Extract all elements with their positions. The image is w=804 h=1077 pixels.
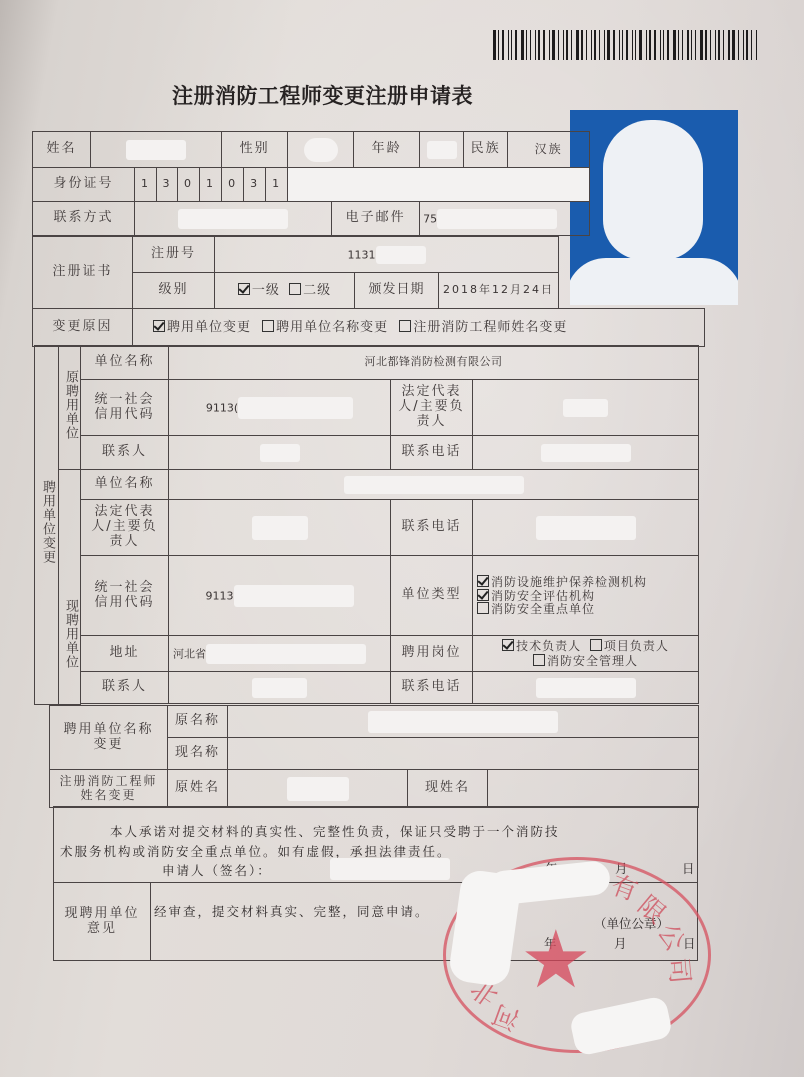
orig-contact-person-label: 联系人 [81, 436, 169, 470]
engineer-current-name-field[interactable] [488, 770, 699, 808]
declaration-day: 日 [682, 859, 697, 877]
level-1-checkbox[interactable]: 一级 [238, 283, 280, 298]
change-reason-label: 变更原因 [33, 309, 133, 347]
photo-spacer [559, 237, 705, 273]
gender-field[interactable] [288, 132, 354, 168]
employer-opinion-text: 经审查，提交材料真实、完整，同意申请。 [154, 902, 430, 920]
barcode [493, 30, 804, 60]
id-digits-redacted[interactable] [288, 168, 590, 202]
orig-contact-person-field[interactable] [169, 436, 391, 470]
id-digit[interactable]: 0 [178, 168, 200, 202]
cur-phone-field[interactable] [473, 500, 699, 556]
cur-address-field[interactable]: 河北省 [169, 636, 391, 672]
id-digit[interactable]: 0 [222, 168, 244, 202]
id-digit[interactable]: 1 [266, 168, 288, 202]
cur-credit-code-field[interactable]: 9113 [169, 556, 391, 636]
employer-opinion-label: 现聘用单位意见 [54, 883, 151, 961]
orig-phone-label: 联系电话 [391, 436, 473, 470]
orig-phone-field[interactable] [473, 436, 699, 470]
cur-contact-person-label: 联系人 [81, 672, 169, 704]
id-digit[interactable]: 1 [200, 168, 222, 202]
cur-legal-rep-label: 法定代表人/主要负责人 [81, 500, 169, 556]
change-reason-options: 聘用单位变更 聘用单位名称变更 注册消防工程师姓名变更 [133, 309, 705, 347]
name-label: 姓名 [33, 132, 91, 168]
level-options: 一级 二级 [215, 273, 355, 309]
cur-address-label: 地址 [81, 636, 169, 672]
certificate-table: 注册证书 注册号 1131 级别 一级 二级 颁发日期 2018年12月24日 … [32, 236, 705, 347]
seal-redaction [569, 995, 674, 1056]
signature-label: 申请人（签名）： [162, 861, 272, 879]
reg-number-field[interactable]: 1131 [215, 237, 559, 273]
seal-char: 河 [486, 997, 523, 1041]
orig-unit-name-label: 单位名称 [81, 346, 169, 380]
orig-credit-code-field[interactable]: 9113( [169, 380, 391, 436]
contact-field[interactable] [135, 202, 332, 236]
cur-position-label: 聘用岗位 [391, 636, 473, 672]
id-digit[interactable]: 3 [244, 168, 266, 202]
issue-date-label: 颁发日期 [355, 273, 439, 309]
gender-label: 性别 [222, 132, 288, 168]
employer-change-group-label: 聘用单位变更 [35, 346, 59, 705]
photo-spacer [559, 273, 705, 309]
cur-legal-rep-field[interactable] [169, 500, 391, 556]
unit-original-name-label: 原名称 [168, 706, 228, 738]
ethnicity-label: 民族 [464, 132, 508, 168]
unit-type-key-unit-checkbox[interactable]: 消防安全重点单位 [477, 602, 698, 616]
cur-phone-label: 联系电话 [391, 500, 473, 556]
form-title: 注册消防工程师变更注册申请表 [172, 80, 473, 110]
level-2-checkbox[interactable]: 二级 [289, 283, 331, 298]
unit-original-name-field[interactable] [228, 706, 699, 738]
id-digit[interactable]: 3 [157, 168, 178, 202]
unit-name-change-label: 聘用单位名称变更 [50, 706, 168, 770]
id-digit[interactable]: 1 [135, 168, 157, 202]
cur-unit-name-field[interactable] [169, 470, 699, 500]
level-label: 级别 [133, 273, 215, 309]
position-safety-manager-checkbox[interactable]: 消防安全管理人 [533, 654, 638, 668]
cur-phone2-field[interactable] [473, 672, 699, 704]
unit-current-name-label: 现名称 [168, 738, 228, 770]
current-employer-group-label: 现聘用单位 [59, 470, 81, 705]
orig-legal-rep-field[interactable] [473, 380, 699, 436]
name-change-table: 聘用单位名称变更 原名称 现名称 注册消防工程师姓名变更 原姓名 现姓名 [49, 705, 699, 808]
unit-type-assessment-checkbox[interactable]: 消防安全评估机构 [477, 589, 698, 603]
cur-position-options: 技术负责人 项目负责人 消防安全管理人 [473, 636, 699, 672]
ethnicity-value[interactable]: 汉族 [508, 132, 590, 168]
personal-info-table: 姓名 性别 年龄 民族 汉族 身份证号 1 3 0 1 0 3 1 联系方式 电… [32, 131, 590, 236]
age-label: 年龄 [354, 132, 420, 168]
email-label: 电子邮件 [332, 202, 420, 236]
cur-unit-type-label: 单位类型 [391, 556, 473, 636]
orig-legal-rep-label: 法定代表人/主要负责人 [391, 380, 473, 436]
reason-employer-change-checkbox[interactable]: 聘用单位变更 [153, 320, 251, 335]
id-number-label: 身份证号 [33, 168, 135, 202]
engineer-name-change-label: 注册消防工程师姓名变更 [50, 770, 168, 808]
reason-employer-name-change-checkbox[interactable]: 聘用单位名称变更 [262, 320, 388, 335]
reason-engineer-name-change-checkbox[interactable]: 注册消防工程师姓名变更 [399, 320, 567, 335]
issue-date-value[interactable]: 2018年12月24日 [439, 273, 559, 309]
engineer-current-name-label: 现姓名 [408, 770, 488, 808]
seal-label: （单位公章） [594, 914, 669, 932]
position-project-lead-checkbox[interactable]: 项目负责人 [590, 639, 669, 653]
contact-label: 联系方式 [33, 202, 135, 236]
declaration-line-1: 本人承诺对提交材料的真实性、完整性负责，保证只受聘于一个消防技 [110, 822, 560, 840]
cur-phone2-label: 联系电话 [391, 672, 473, 704]
certificate-label: 注册证书 [33, 237, 133, 309]
opinion-day: 日 [683, 934, 698, 952]
cur-credit-code-label: 统一社会信用代码 [81, 556, 169, 636]
orig-unit-name-value[interactable]: 河北都锋消防检测有限公司 [169, 346, 699, 380]
reg-number-label: 注册号 [133, 237, 215, 273]
cur-unit-name-label: 单位名称 [81, 470, 169, 500]
engineer-original-name-label: 原姓名 [168, 770, 228, 808]
unit-type-maintenance-checkbox[interactable]: 消防设施维护保养检测机构 [477, 575, 698, 589]
unit-current-name-field[interactable] [228, 738, 699, 770]
opinion-year: 年 [544, 934, 559, 952]
declaration-month: 月 [615, 859, 630, 877]
email-field[interactable]: 75 [420, 202, 590, 236]
orig-credit-code-label: 统一社会信用代码 [81, 380, 169, 436]
cur-contact-person-field[interactable] [169, 672, 391, 704]
cur-unit-type-options: 消防设施维护保养检测机构 消防安全评估机构 消防安全重点单位 [473, 556, 699, 636]
signature-field[interactable] [330, 858, 450, 880]
original-employer-group-label: 原聘用单位 [59, 346, 81, 470]
name-field[interactable] [91, 132, 222, 168]
age-field[interactable] [420, 132, 464, 168]
engineer-original-name-field[interactable] [228, 770, 408, 808]
position-tech-lead-checkbox[interactable]: 技术负责人 [502, 639, 581, 653]
employer-change-table: 聘用单位变更 原聘用单位 单位名称 河北都锋消防检测有限公司 统一社会信用代码 … [34, 345, 699, 705]
opinion-month: 月 [614, 934, 629, 952]
